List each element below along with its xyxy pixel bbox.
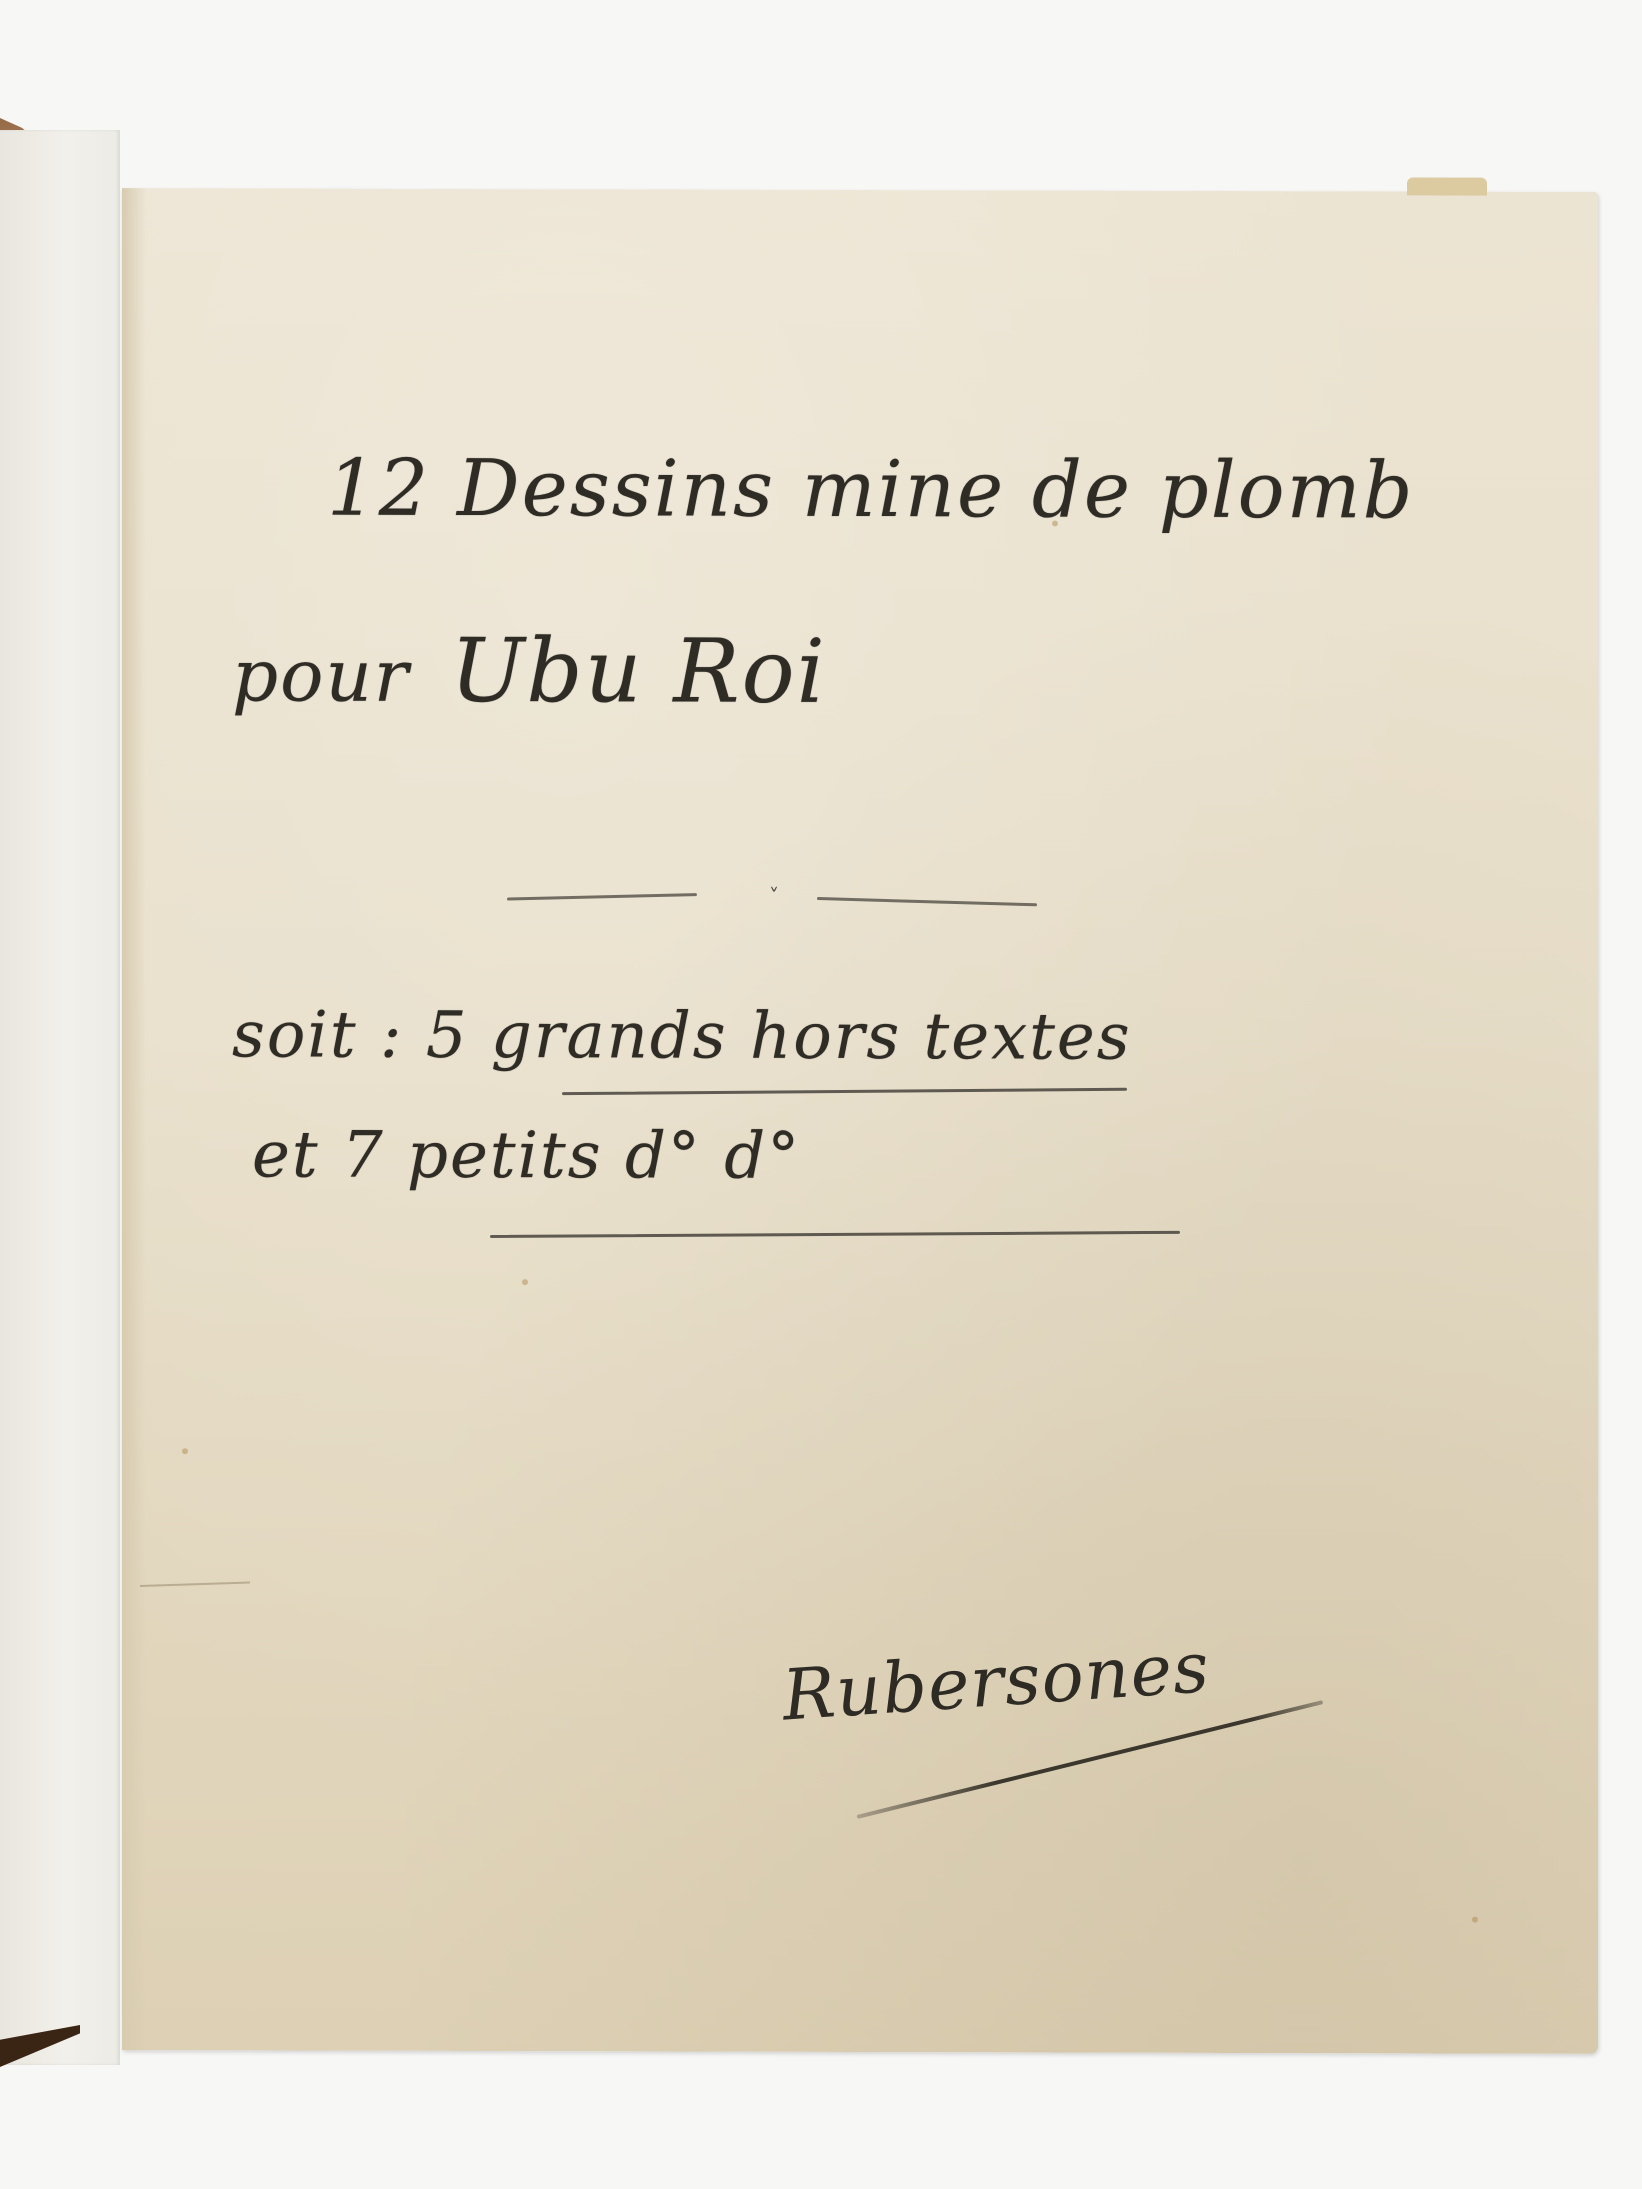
page-gutter [122,188,146,2050]
paper-tab [1407,177,1487,195]
manuscript-page: 12 Dessins mine de plomb pourUbu Roi ˅ s… [122,188,1598,2054]
inscription-line-3: soit : 5 grands hors textes [232,998,1132,1074]
underline-2 [490,1231,1180,1238]
inscription-line-1: 12 Dessins mine de plomb [327,444,1415,537]
foxing-spot [1052,521,1058,527]
page-crease [140,1581,250,1587]
foxing-spot [1472,1917,1478,1923]
work-title: Ubu Roi [450,619,827,723]
foxing-spot [522,1279,528,1285]
inscription-prefix: pour [232,633,410,717]
inscription-line-2: pourUbu Roi [232,618,827,723]
photo-scene: 12 Dessins mine de plomb pourUbu Roi ˅ s… [0,0,1642,2189]
flyleaf-edge [0,130,120,2065]
foxing-spot [182,1448,188,1454]
signature: Rubersones [780,1626,1213,1737]
separator-left-stroke [507,893,697,900]
underline-1 [562,1088,1127,1095]
separator-ornament: ˅ [507,889,1207,911]
inscription-line-4: et 7 petits d° d° [252,1118,801,1193]
separator-mark: ˅ [769,884,779,908]
separator-right-stroke [817,897,1037,906]
